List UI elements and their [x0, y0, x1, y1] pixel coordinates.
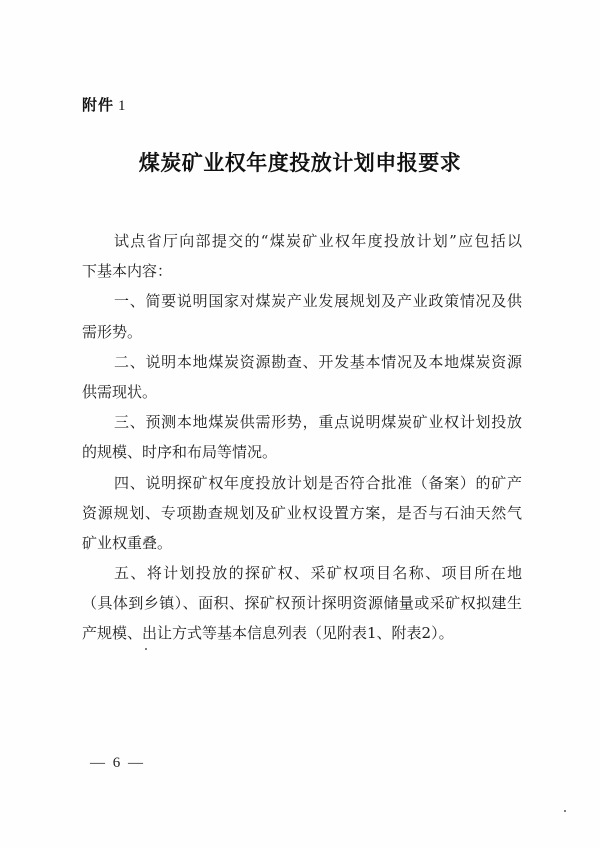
body-line: 试点省厅向部提交的“煤炭矿业权年度投放计划”应包括以: [82, 226, 522, 256]
body-line: 供需现状。: [82, 377, 522, 407]
page-number: — 6 —: [90, 755, 145, 772]
scan-speck: [564, 810, 566, 812]
body-line: 四、说明探矿权年度投放计划是否符合批准（备案）的矿产: [82, 468, 522, 498]
document-body: 试点省厅向部提交的“煤炭矿业权年度投放计划”应包括以 下基本内容： 一、简要说明…: [82, 226, 522, 649]
attachment-number: 1: [118, 98, 127, 114]
body-line: 下基本内容：: [82, 256, 522, 286]
scan-speck: [145, 648, 147, 650]
document-title: 煤炭矿业权年度投放计划申报要求: [0, 147, 600, 177]
body-line: （具体到乡镇）、面积、探矿权预计探明资源储量或采矿权拟建生: [82, 588, 522, 618]
body-line: 五、将计划投放的探矿权、采矿权项目名称、项目所在地: [82, 558, 522, 588]
body-line: 矿业权重叠。: [82, 528, 522, 558]
body-line: 资源规划、专项勘查规划及矿业权设置方案，是否与石油天然气: [82, 498, 522, 528]
attachment-label-text: 附件: [82, 96, 114, 114]
attachment-label: 附件1: [82, 94, 127, 115]
body-line: 需形势。: [82, 317, 522, 347]
body-line: 二、说明本地煤炭资源勘查、开发基本情况及本地煤炭资源: [82, 347, 522, 377]
body-line: 产规模、出让方式等基本信息列表（见附表1、附表2）。: [82, 618, 522, 648]
document-page: 附件1 煤炭矿业权年度投放计划申报要求 试点省厅向部提交的“煤炭矿业权年度投放计…: [0, 0, 600, 848]
body-line: 一、简要说明国家对煤炭产业发展规划及产业政策情况及供: [82, 286, 522, 316]
body-line: 三、预测本地煤炭供需形势，重点说明煤炭矿业权计划投放: [82, 407, 522, 437]
body-line: 的规模、时序和布局等情况。: [82, 437, 522, 467]
